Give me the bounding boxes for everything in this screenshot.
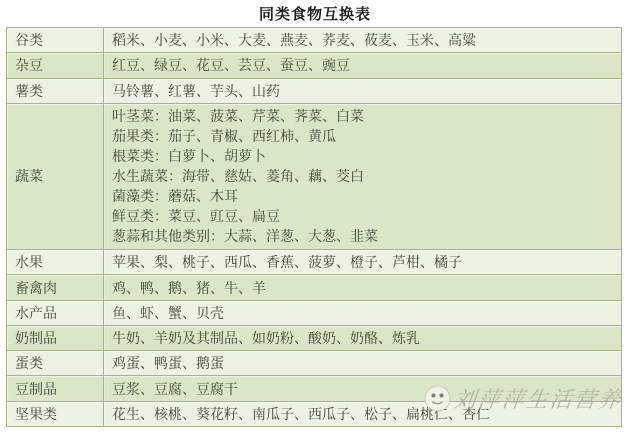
table-row: 蛋类鸡蛋、鸭蛋、鹅蛋 xyxy=(7,351,622,376)
category-cell: 蛋类 xyxy=(7,351,104,376)
food-exchange-table: 谷类稻米、小麦、小米、大麦、燕麦、荞麦、莜麦、玉米、高粱杂豆红豆、绿豆、花豆、芸… xyxy=(6,27,622,427)
item-line: 叶茎菜：油菜、菠菜、芹菜、荠菜、白菜 xyxy=(112,106,613,126)
item-line: 根菜类：白萝卜、胡萝卜 xyxy=(112,146,613,166)
items-cell: 豆浆、豆腐、豆腐干 xyxy=(104,376,622,401)
item-line: 鲜豆类：菜豆、豇豆、扁豆 xyxy=(112,206,613,226)
table-row: 谷类稻米、小麦、小米、大麦、燕麦、荞麦、莜麦、玉米、高粱 xyxy=(7,28,622,53)
category-cell: 畜禽肉 xyxy=(7,275,104,300)
item-line: 牛奶、羊奶及其制品、如奶粉、酸奶、奶酪、炼乳 xyxy=(112,328,613,348)
items-cell: 苹果、梨、桃子、西瓜、香蕉、菠萝、橙子、芦柑、橘子 xyxy=(104,250,622,275)
table-row: 水果苹果、梨、桃子、西瓜、香蕉、菠萝、橙子、芦柑、橘子 xyxy=(7,250,622,275)
category-cell: 谷类 xyxy=(7,28,104,53)
category-cell: 水产品 xyxy=(7,300,104,325)
table-row: 豆制品豆浆、豆腐、豆腐干 xyxy=(7,376,622,401)
category-cell: 蔬菜 xyxy=(7,103,104,249)
items-cell: 花生、核桃、葵花籽、南瓜子、西瓜子、松子、扁桃仁、杏仁 xyxy=(104,401,622,426)
item-line: 葱蒜和其他类别：大蒜、洋葱、大葱、韭菜 xyxy=(112,226,613,246)
item-line: 茄果类：茄子、青椒、西红柿、黄瓜 xyxy=(112,126,613,146)
item-line: 鸡蛋、鸭蛋、鹅蛋 xyxy=(112,353,613,373)
table-row: 畜禽肉鸡、鸭、鹅、猪、牛、羊 xyxy=(7,275,622,300)
item-line: 豆浆、豆腐、豆腐干 xyxy=(112,379,613,399)
item-line: 鸡、鸭、鹅、猪、牛、羊 xyxy=(112,278,613,298)
items-cell: 叶茎菜：油菜、菠菜、芹菜、荠菜、白菜茄果类：茄子、青椒、西红柿、黄瓜根菜类：白萝… xyxy=(104,103,622,249)
table-row: 薯类马铃薯、红薯、芋头、山药 xyxy=(7,78,622,103)
category-cell: 杂豆 xyxy=(7,53,104,78)
page-title: 同类食物互换表 xyxy=(0,0,630,23)
table-row: 杂豆红豆、绿豆、花豆、芸豆、蚕豆、豌豆 xyxy=(7,53,622,78)
items-cell: 鸡、鸭、鹅、猪、牛、羊 xyxy=(104,275,622,300)
item-line: 苹果、梨、桃子、西瓜、香蕉、菠萝、橙子、芦柑、橘子 xyxy=(112,252,613,272)
item-line: 鱼、虾、蟹、贝壳 xyxy=(112,303,613,323)
item-line: 红豆、绿豆、花豆、芸豆、蚕豆、豌豆 xyxy=(112,55,613,75)
items-cell: 红豆、绿豆、花豆、芸豆、蚕豆、豌豆 xyxy=(104,53,622,78)
items-cell: 马铃薯、红薯、芋头、山药 xyxy=(104,78,622,103)
items-cell: 稻米、小麦、小米、大麦、燕麦、荞麦、莜麦、玉米、高粱 xyxy=(104,28,622,53)
table-row: 蔬菜叶茎菜：油菜、菠菜、芹菜、荠菜、白菜茄果类：茄子、青椒、西红柿、黄瓜根菜类：… xyxy=(7,103,622,249)
category-cell: 水果 xyxy=(7,250,104,275)
category-cell: 豆制品 xyxy=(7,376,104,401)
item-line: 稻米、小麦、小米、大麦、燕麦、荞麦、莜麦、玉米、高粱 xyxy=(112,30,613,50)
item-line: 水生蔬菜：海带、慈姑、菱角、藕、茭白 xyxy=(112,166,613,186)
items-cell: 鱼、虾、蟹、贝壳 xyxy=(104,300,622,325)
item-line: 菌藻类：蘑菇、木耳 xyxy=(112,186,613,206)
table-row: 奶制品牛奶、羊奶及其制品、如奶粉、酸奶、奶酪、炼乳 xyxy=(7,325,622,350)
category-cell: 坚果类 xyxy=(7,401,104,426)
table-body: 谷类稻米、小麦、小米、大麦、燕麦、荞麦、莜麦、玉米、高粱杂豆红豆、绿豆、花豆、芸… xyxy=(7,28,622,427)
page: 同类食物互换表 谷类稻米、小麦、小米、大麦、燕麦、荞麦、莜麦、玉米、高粱杂豆红豆… xyxy=(0,0,630,432)
item-line: 马铃薯、红薯、芋头、山药 xyxy=(112,81,613,101)
category-cell: 奶制品 xyxy=(7,325,104,350)
items-cell: 鸡蛋、鸭蛋、鹅蛋 xyxy=(104,351,622,376)
category-cell: 薯类 xyxy=(7,78,104,103)
table-row: 坚果类花生、核桃、葵花籽、南瓜子、西瓜子、松子、扁桃仁、杏仁 xyxy=(7,401,622,426)
items-cell: 牛奶、羊奶及其制品、如奶粉、酸奶、奶酪、炼乳 xyxy=(104,325,622,350)
table-row: 水产品鱼、虾、蟹、贝壳 xyxy=(7,300,622,325)
item-line: 花生、核桃、葵花籽、南瓜子、西瓜子、松子、扁桃仁、杏仁 xyxy=(112,404,613,424)
